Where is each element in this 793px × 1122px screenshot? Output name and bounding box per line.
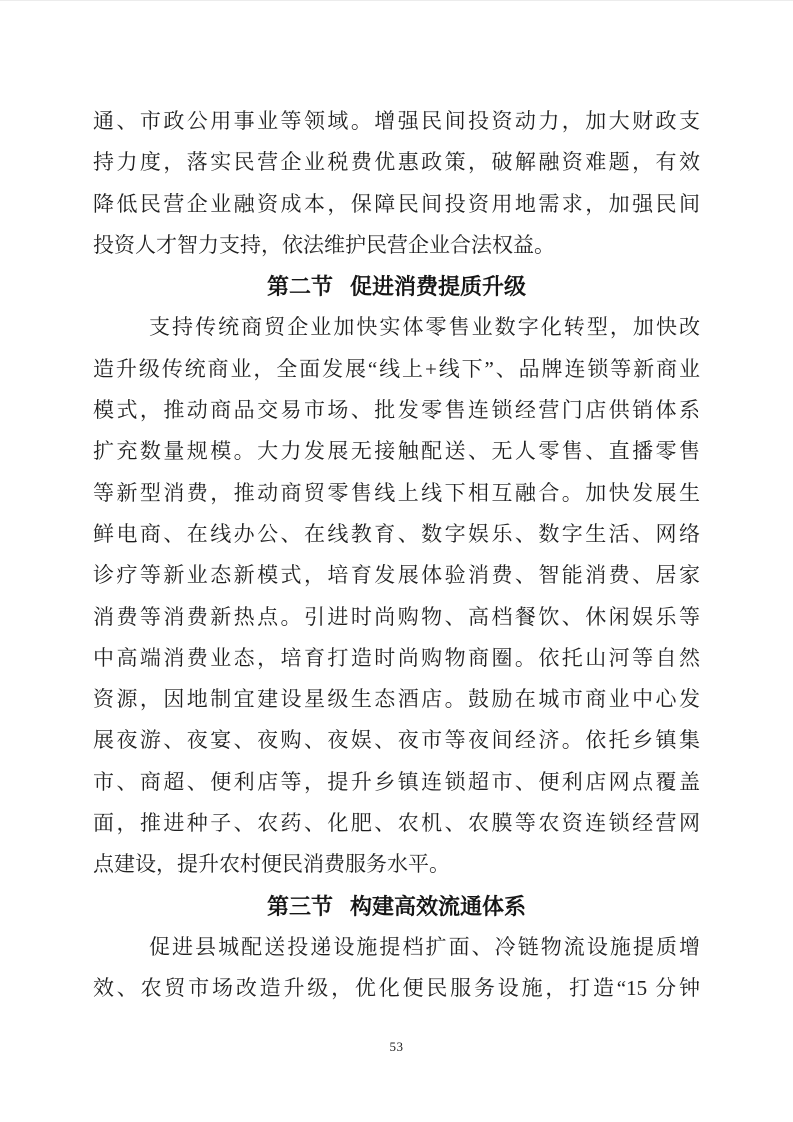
page-content: 通、市政公用事业等领域。增强民间投资动力，加大财政支 持力度，落实民营企业税费优… [93, 101, 700, 1010]
text-line: 消费等消费新热点。引进时尚购物、高档餐饮、休闲娱乐等 [93, 597, 700, 638]
text-line: 市、商超、便利店等，提升乡镇连锁超市、便利店网点覆盖 [93, 762, 700, 803]
section-title: 构建高效流通体系 [350, 894, 526, 919]
section-number: 第二节 [267, 274, 333, 299]
text-line: 造升级传统商业，全面发展“线上+线下”、品牌连锁等新商业 [93, 349, 700, 390]
text-line: 中高端消费业态，培育打造时尚购物商圈。依托山河等自然 [93, 638, 700, 679]
text-line: 支持传统商贸企业加快实体零售业数字化转型，加快改 [93, 307, 700, 348]
text-line: 等新型消费，推动商贸零售线上线下相互融合。加快发展生 [93, 473, 700, 514]
section-heading: 第二节促进消费提质升级 [93, 266, 700, 307]
document-page: 通、市政公用事业等领域。增强民间投资动力，加大财政支 持力度，落实民营企业税费优… [0, 0, 793, 1122]
text-line: 点建设，提升农村便民消费服务水平。 [93, 844, 700, 885]
text-line: 鲜电商、在线办公、在线教育、数字娱乐、数字生活、网络 [93, 514, 700, 555]
text-line: 模式，推动商品交易市场、批发零售连锁经营门店供销体系 [93, 390, 700, 431]
text-line: 诊疗等新业态新模式，培育发展体验消费、智能消费、居家 [93, 555, 700, 596]
text-line: 资源，因地制宜建设星级生态酒店。鼓励在城市商业中心发 [93, 679, 700, 720]
text-line: 通、市政公用事业等领域。增强民间投资动力，加大财政支 [93, 101, 700, 142]
text-line: 扩充数量规模。大力发展无接触配送、无人零售、直播零售 [93, 431, 700, 472]
text-line: 促进县城配送投递设施提档扩面、冷链物流设施提质增 [93, 927, 700, 968]
section-number: 第三节 [267, 894, 333, 919]
text-line: 面，推进种子、农药、化肥、农机、农膜等农资连锁经营网 [93, 803, 700, 844]
text-line: 展夜游、夜宴、夜购、夜娱、夜市等夜间经济。依托乡镇集 [93, 720, 700, 761]
text-line: 降低民营企业融资成本，保障民间投资用地需求，加强民间 [93, 184, 700, 225]
section-heading: 第三节构建高效流通体系 [93, 886, 700, 927]
text-line: 持力度，落实民营企业税费优惠政策，破解融资难题，有效 [93, 142, 700, 183]
text-line: 效、农贸市场改造升级，优化便民服务设施，打造“15 分钟 [93, 968, 700, 1009]
page-footer: 53 [0, 1039, 793, 1055]
section-title: 促进消费提质升级 [350, 274, 526, 299]
text-line: 投资人才智力支持，依法维护民营企业合法权益。 [93, 225, 700, 266]
page-number: 53 [390, 1039, 404, 1054]
